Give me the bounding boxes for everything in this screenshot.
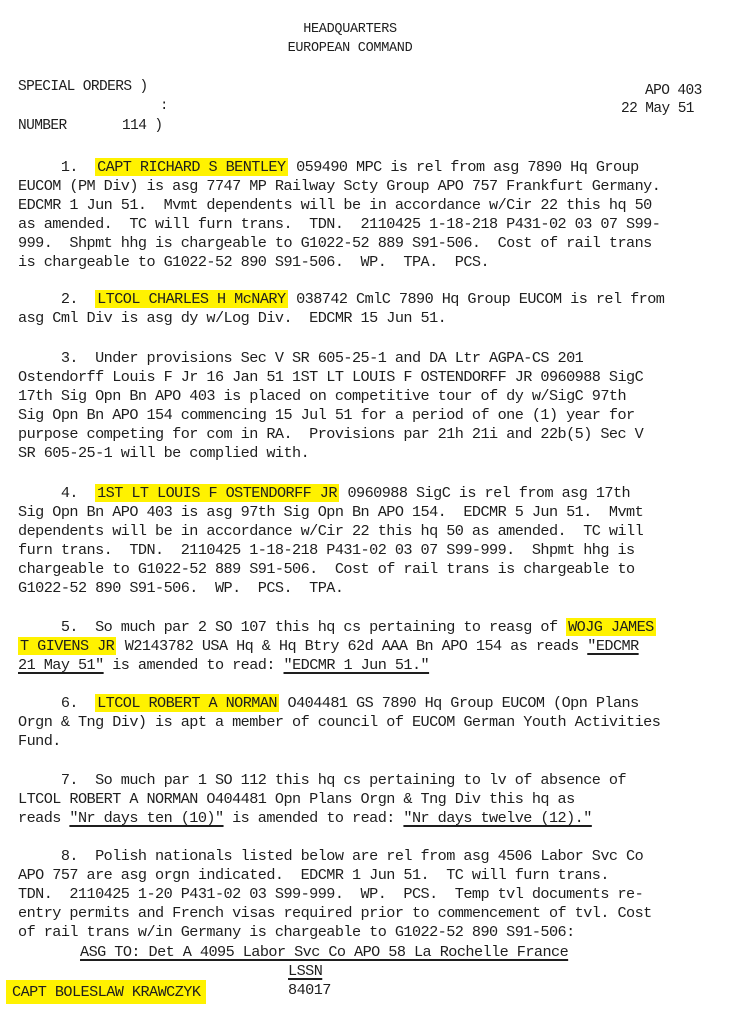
header-headquarters: HEADQUARTERS: [0, 22, 700, 37]
paragraph-number: 4.: [61, 484, 78, 502]
quoted-text: "EDCMR 1 Jun 51.": [284, 656, 430, 674]
highlighted-name: CAPT RICHARD S BENTLEY: [95, 158, 287, 176]
highlighted-name: CAPT BOLESLAW KRAWCZYK: [6, 980, 206, 1004]
highlighted-name: LTCOL ROBERT A NORMAN: [95, 694, 279, 712]
header-command: EUROPEAN COMMAND: [0, 41, 700, 56]
number-label: NUMBER: [18, 118, 67, 134]
apo-number: APO 403: [645, 83, 702, 99]
paragraph-number: 2.: [61, 290, 78, 308]
paragraph-number: 6.: [61, 694, 78, 712]
quoted-text: 21 May 51": [18, 656, 104, 674]
quoted-text: "EDCMR: [587, 637, 638, 655]
quoted-text: "Nr days twelve (12).": [403, 809, 591, 827]
highlighted-name: T GIVENS JR: [18, 637, 116, 655]
order-number: 114 ): [122, 118, 163, 134]
quoted-text: "Nr days ten (10)": [69, 809, 223, 827]
highlighted-name: 1ST LT LOUIS F OSTENDORFF JR: [95, 484, 339, 502]
highlighted-name: WOJG JAMES: [566, 618, 656, 636]
order-date: 22 May 51: [621, 101, 694, 117]
lssn-value: 84017: [288, 981, 331, 1000]
paragraph-number: 1.: [61, 158, 78, 176]
highlighted-name: LTCOL CHARLES H McNARY: [95, 290, 287, 308]
special-orders-label: SPECIAL ORDERS ): [18, 79, 148, 95]
order-colon: :: [160, 98, 168, 114]
special-orders-document: HEADQUARTERS EUROPEAN COMMAND SPECIAL OR…: [0, 0, 750, 1017]
lssn-column-header: LSSN: [288, 962, 322, 981]
assignment-destination: ASG TO: Det A 4095 Labor Svc Co APO 58 L…: [80, 943, 568, 962]
